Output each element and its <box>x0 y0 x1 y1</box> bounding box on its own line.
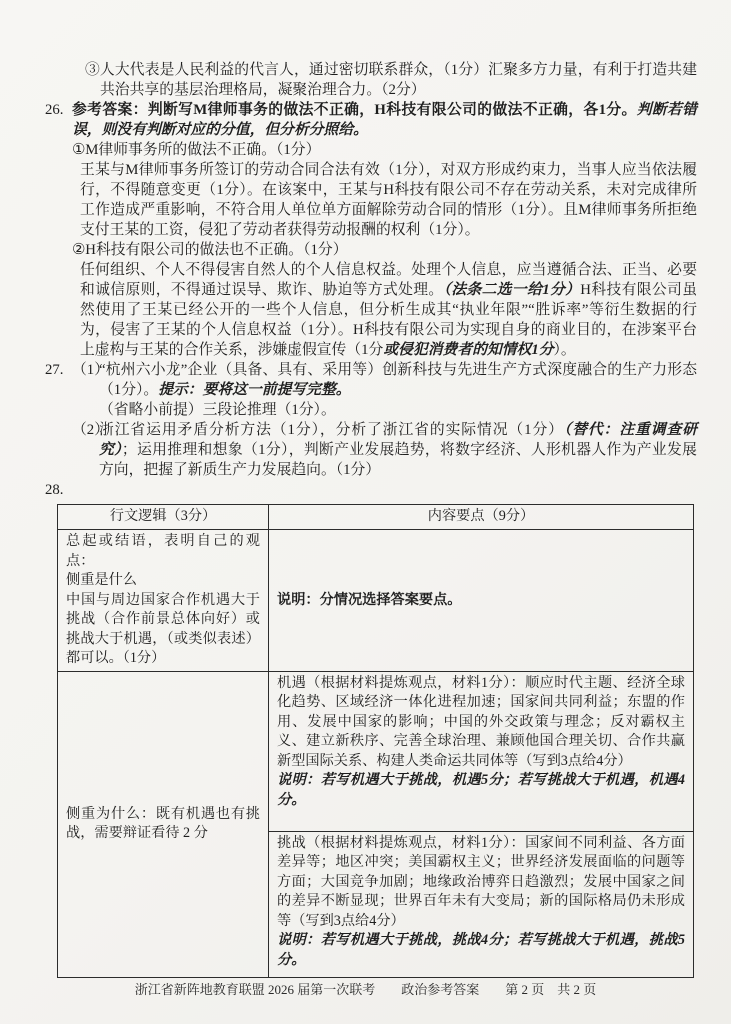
document-content: ③人大代表是人民利益的代言人，通过密切联系群众，（1分）汇聚多方力量，有利于打造… <box>0 0 731 978</box>
item-27: 27. （1） “杭州六小龙”企业（具备、具有、采用等）创新科技与先进生产方式深… <box>45 360 697 480</box>
item-26-para2-run1: （法条二选一给1分） <box>444 282 581 298</box>
item-26-sub2: ②H科技有限公司的做法也不正确。（1分） <box>72 240 697 260</box>
item25-point3: ③人大代表是人民利益的代言人，通过密切联系群众，（1分）汇聚多方力量，有利于打造… <box>45 60 697 100</box>
cell-opportunities-main: 机遇（根据材料提炼观点，材料1分）：顺应时代主题、经济全球化趋势、区域经济一体化… <box>277 674 685 772</box>
cell-opportunities: 机遇（根据材料提炼观点，材料1分）：顺应时代主题、经济全球化趋势、区域经济一体化… <box>269 671 694 831</box>
cell-challenges-note: 说明：若写机遇大于挑战，挑战4分；若写挑战大于机遇，挑战5分。 <box>277 931 685 970</box>
cell-row2-logic-text: 侧重为什么：既有机遇也有挑战，需要辩证看待 2 分 <box>66 806 260 842</box>
table-header-content: 内容要点（9分） <box>269 505 694 530</box>
item-27-sub2-run0: 浙江省运用矛盾分析方法（1分），分析了浙江省的实际情况（1分） <box>99 422 564 438</box>
item-27-sub1-line2: （省略小前提）三段论推理（1分）。 <box>99 400 697 420</box>
item-26-para2: 任何组织、个人不得侵害自然人的个人信息权益。处理个人信息，应当遵循合法、正当、必… <box>72 260 697 360</box>
cell-row1-note: 说明：分情况选择答案要点。 <box>277 592 461 608</box>
scanned-answer-sheet-page: ③人大代表是人民利益的代言人，通过密切联系群众，（1分）汇聚多方力量，有利于打造… <box>0 0 731 1024</box>
item-26-answer-head: 参考答案：判断写M律师事务的做法不正确，H科技有限公司的做法不正确，各1分。判断… <box>72 100 697 140</box>
cell-challenges: 挑战（根据材料提炼观点，材料1分）：国家间不同利益、各方面差异等；地区冲突；美国… <box>269 831 694 977</box>
page-footer: 浙江省新阵地教育联盟 2026 届第一次联考 政治参考答案 第 2 页 共 2 … <box>0 979 731 998</box>
cell-challenges-main: 挑战（根据材料提炼观点，材料1分）：国家间不同利益、各方面差异等；地区冲突；美国… <box>277 834 685 932</box>
answer-table: 行文逻辑（3分） 内容要点（9分） 总起或结语，表明自己的观点： 侧重是什么 中… <box>57 504 694 978</box>
item-27-sub2-para: 浙江省运用矛盾分析方法（1分），分析了浙江省的实际情况（1分）（替代：注重调查研… <box>99 420 697 480</box>
item-27-sub2-body: 浙江省运用矛盾分析方法（1分），分析了浙江省的实际情况（1分）（替代：注重调查研… <box>99 420 697 480</box>
item-27-sub2-marker: （2） <box>72 420 99 480</box>
cell-row1-logic: 总起或结语，表明自己的观点： 侧重是什么 中国与周边国家合作机遇大于挑战（合作前… <box>58 530 269 672</box>
item-26-para2-run3: 或侵犯消费者的知情权1分 <box>383 342 553 358</box>
item-26-head-main: 参考答案：判断写M律师事务的做法不正确，H科技有限公司的做法不正确，各1分。 <box>72 102 637 118</box>
item25-point3-text: ③人大代表是人民利益的代言人，通过密切联系群众，（1分）汇聚多方力量，有利于打造… <box>85 62 697 98</box>
item-27-number: 27. <box>45 360 72 480</box>
item-27-sub2-run2: ；运用推理和想象（1分），判断产业发展趋势，将数字经济、人形机器人作为产业发展方… <box>99 442 697 478</box>
table-row-1: 总起或结语，表明自己的观点： 侧重是什么 中国与周边国家合作机遇大于挑战（合作前… <box>58 530 694 672</box>
table-header-logic: 行文逻辑（3分） <box>58 505 269 530</box>
item-27-sub1-para: “杭州六小龙”企业（具备、具有、采用等）创新科技与先进生产方式深度融合的生产力形… <box>99 360 697 400</box>
cell-opportunities-note: 说明：若写机遇大于挑战，机遇5分；若写挑战大于机遇，机遇4分。 <box>277 771 685 810</box>
item-28: 28. <box>45 480 697 500</box>
item-27-sub2: （2） 浙江省运用矛盾分析方法（1分），分析了浙江省的实际情况（1分）（替代：注… <box>72 420 697 480</box>
item-26-number: 26. <box>45 100 72 360</box>
item-27-sub1-hint: 提示：要将这一前提写完整。 <box>158 382 350 398</box>
item-27-sub1: （1） “杭州六小龙”企业（具备、具有、采用等）创新科技与先进生产方式深度融合的… <box>72 360 697 420</box>
item-27-sub1-body: “杭州六小龙”企业（具备、具有、采用等）创新科技与先进生产方式深度融合的生产力形… <box>99 360 697 420</box>
item-26-para2-run4: ）。 <box>554 342 576 358</box>
item-28-body <box>72 480 697 500</box>
cell-row2-logic: 侧重为什么：既有机遇也有挑战，需要辩证看待 2 分 <box>58 671 269 977</box>
item-27-sub1-marker: （1） <box>72 360 99 420</box>
item-26-body: 参考答案：判断写M律师事务的做法不正确，H科技有限公司的做法不正确，各1分。判断… <box>72 100 697 360</box>
item-26: 26. 参考答案：判断写M律师事务的做法不正确，H科技有限公司的做法不正确，各1… <box>45 100 697 360</box>
table-header-row: 行文逻辑（3分） 内容要点（9分） <box>58 505 694 530</box>
item-26-sub1: ①M律师事务所的做法不正确。（1分） <box>72 140 697 160</box>
table-row-2: 侧重为什么：既有机遇也有挑战，需要辩证看待 2 分 机遇（根据材料提炼观点，材料… <box>58 671 694 831</box>
item-28-number: 28. <box>45 480 72 500</box>
item-27-body: （1） “杭州六小龙”企业（具备、具有、采用等）创新科技与先进生产方式深度融合的… <box>72 360 697 480</box>
item-26-para1: 王某与M律师事务所签订的劳动合同合法有效（1分），对双方形成约束力，当事人应当依… <box>72 160 697 240</box>
cell-row1-content: 说明：分情况选择答案要点。 <box>269 530 694 672</box>
